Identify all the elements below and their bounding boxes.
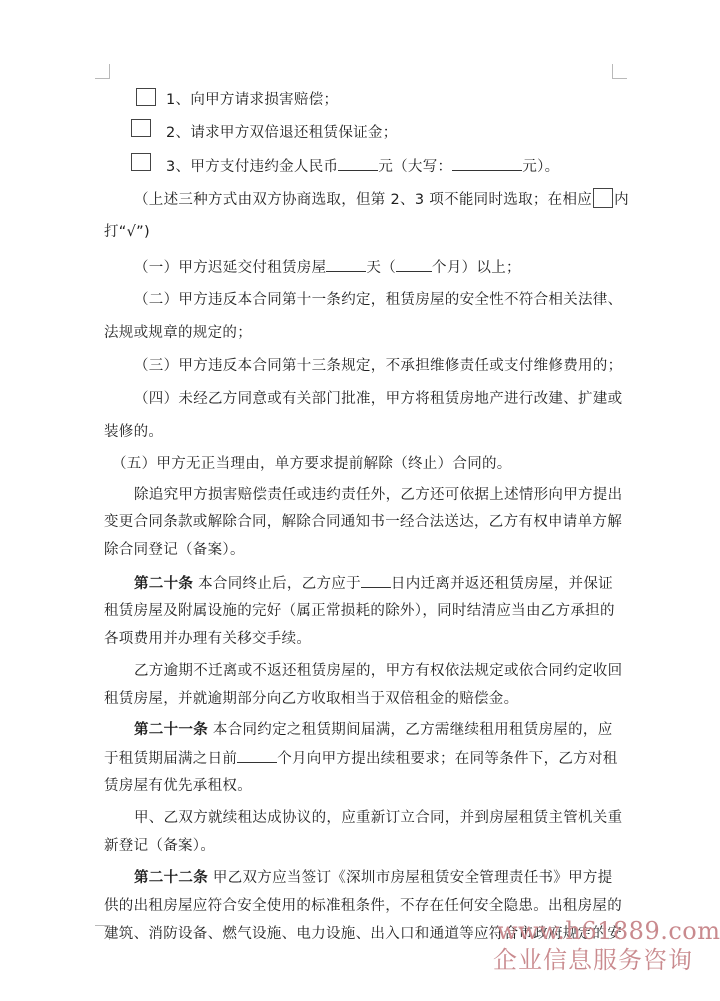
clause-2-line-2: 法规或规章的规定的； [104, 323, 252, 343]
article-22-title: 第二十二条 [134, 870, 208, 886]
months-notice-blank[interactable] [237, 748, 277, 763]
document-page: 1、向甲方请求损害赔偿； 2、请求甲方双倍退还租赁保证金； 3、甲方支付违约金人… [0, 0, 720, 1001]
remedy-line-1: 除追究甲方损害赔偿责任或违约责任外，乙方还可依据上述情形向甲方提出 [134, 485, 622, 505]
option-2-checkbox[interactable] [131, 119, 151, 137]
option-1-text: 1、向甲方请求损害赔偿； [166, 90, 338, 110]
option-3-checkbox[interactable] [131, 153, 151, 171]
article-21-line-2: 于租赁期届满之日前个月向甲方提出续租要求；在同等条件下，乙方对租 [104, 748, 618, 769]
article-20-line-3: 各项费用并办理有关移交手续。 [104, 629, 311, 649]
clause-4-line-2: 装修的。 [104, 422, 163, 442]
days-blank[interactable] [326, 257, 366, 272]
watermark-text: 企业信息服务咨询 [493, 945, 693, 975]
days-to-vacate-blank[interactable] [361, 573, 391, 588]
amount-uppercase-blank[interactable] [452, 156, 522, 171]
article-20-line-2: 租赁房屋及附属设施的完好（属正常损耗的除外），同时结清应当由乙方承担的 [104, 601, 615, 621]
option-3-text: 3、甲方支付违约金人民币元（大写：元）。 [166, 156, 559, 177]
note-line-1: （上述三种方式由双方协商选取，但第 2、3 项不能同时选取；在相应内 [134, 190, 629, 210]
clause-5: （五）甲方无正当理由，单方要求提前解除（终止）合同的。 [112, 454, 512, 474]
inline-checkbox[interactable] [593, 188, 613, 208]
article-20-p2-line-1: 乙方逾期不迁离或不返还租赁房屋的，甲方有权依法规定或依合同约定收回 [134, 661, 622, 681]
article-21-line-1: 第二十一条 本合同约定之租赁期间届满，乙方需继续租用租赁房屋的，应 [134, 720, 613, 740]
article-20-line-1: 第二十条 本合同终止后，乙方应于日内迁离并返还租赁房屋，并保证 [134, 573, 613, 594]
margin-corner-mark [95, 64, 110, 79]
option-1-checkbox[interactable] [136, 88, 156, 106]
clause-4-line-1: （四）未经乙方同意或有关部门批准，甲方将租赁房地产进行改建、扩建或 [134, 389, 622, 409]
clause-1: （一）甲方迟延交付租赁房屋天（个月）以上； [134, 257, 521, 278]
clause-3: （三）甲方违反本合同第十三条规定，不承担维修责任或支付维修费用的； [134, 356, 622, 376]
article-22-line-2: 供的出租房屋应符合安全使用的标准租条件，不存在任何安全隐患。出租房屋的 [104, 896, 622, 916]
article-21-line-3: 赁房屋有优先承租权。 [104, 776, 252, 796]
article-22-line-1: 第二十二条 甲乙双方应当签订《深圳市房屋租赁安全管理责任书》甲方提 [134, 868, 613, 888]
article-20-title: 第二十条 [134, 576, 193, 592]
margin-corner-mark [612, 64, 627, 79]
article-21-title: 第二十一条 [134, 722, 208, 738]
note-line-2: 打“√”) [104, 222, 150, 242]
remedy-line-3: 除合同登记（备案）。 [104, 540, 245, 560]
amount-blank[interactable] [338, 156, 378, 171]
clause-2-line-1: （二）甲方违反本合同第十一条约定，租赁房屋的安全性不符合相关法律、 [134, 290, 622, 310]
months-blank[interactable] [396, 257, 432, 272]
watermark-url: www.h61889.com [497, 918, 720, 944]
option-2-text: 2、请求甲方双倍退还租赁保证金； [166, 123, 398, 143]
article-20-p2-line-2: 租赁房屋，并就逾期部分向乙方收取相当于双倍租金的赔偿金。 [104, 689, 518, 709]
remedy-line-2: 变更合同条款或解除合同，解除合同通知书一经合法送达，乙方有权申请单方解 [104, 512, 622, 532]
article-21-p2-line-1: 甲、乙双方就续租达成协议的，应重新订立合同，并到房屋租赁主管机关重 [134, 808, 622, 828]
article-21-p2-line-2: 新登记（备案）。 [104, 836, 215, 856]
